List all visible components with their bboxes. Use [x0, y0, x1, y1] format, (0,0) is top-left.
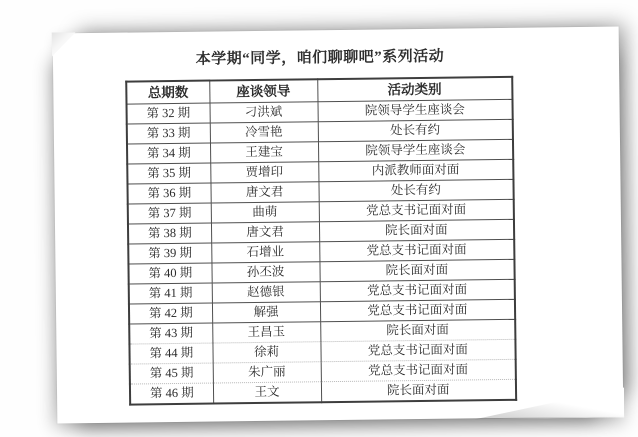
paper-sheet: 本学期“同学，咱们聊聊吧”系列活动 总期数 座谈领导 活动类别 第 32 期 刁…: [53, 27, 624, 424]
cell-activity-category: 处长有约: [318, 119, 513, 141]
cell-issue-number: 第 37 期: [128, 203, 211, 224]
cell-issue-number: 第 42 期: [129, 303, 212, 324]
cell-issue-number: 第 36 期: [127, 183, 210, 204]
cell-discussion-leader: 解强: [212, 302, 320, 323]
cell-activity-category: 党总支书记面对面: [319, 239, 514, 261]
cell-activity-category: 处长有约: [318, 179, 513, 201]
cell-issue-number: 第 44 期: [129, 343, 212, 364]
cell-discussion-leader: 徐莉: [212, 342, 320, 363]
cell-activity-category: 院领导学生座谈会: [318, 139, 513, 161]
cell-issue-number: 第 40 期: [128, 263, 211, 284]
cell-activity-category: 内派教师面对面: [318, 159, 513, 181]
cell-issue-number: 第 35 期: [127, 163, 210, 184]
cell-issue-number: 第 32 期: [127, 103, 210, 124]
cell-issue-number: 第 45 期: [130, 363, 213, 384]
cell-discussion-leader: 冷雪艳: [210, 122, 318, 143]
cell-discussion-leader: 唐文君: [210, 182, 318, 203]
cell-discussion-leader: 王昌玉: [212, 322, 320, 343]
cell-activity-category: 院长面对面: [319, 219, 514, 241]
cell-issue-number: 第 33 期: [127, 123, 210, 144]
cell-issue-number: 第 34 期: [127, 143, 210, 164]
cell-activity-category: 院长面对面: [319, 259, 514, 281]
cell-activity-category: 党总支书记面对面: [320, 279, 515, 301]
cell-activity-category: 党总支书记面对面: [321, 359, 516, 381]
cell-discussion-leader: 石增业: [211, 242, 319, 263]
document-title: 本学期“同学，咱们聊聊吧”系列活动: [125, 44, 515, 70]
cell-activity-category: 党总支书记面对面: [320, 299, 515, 321]
cell-activity-category: 党总支书记面对面: [320, 339, 515, 361]
cell-discussion-leader: 刁洪斌: [210, 102, 318, 123]
cell-discussion-leader: 贾增印: [210, 162, 318, 183]
cell-activity-category: 党总支书记面对面: [319, 199, 514, 221]
table-body: 第 32 期 刁洪斌 院领导学生座谈会 第 33 期 冷雪艳 处长有约 第 34…: [127, 99, 517, 404]
cell-discussion-leader: 曲萌: [211, 202, 319, 223]
cell-issue-number: 第 38 期: [128, 223, 211, 244]
cell-activity-category: 院领导学生座谈会: [317, 99, 512, 121]
table-row: 第 46 期 王文 院长面对面: [130, 379, 516, 404]
cell-activity-category: 院长面对面: [320, 319, 515, 341]
column-header-issue-number: 总期数: [126, 81, 209, 105]
cell-issue-number: 第 41 期: [129, 283, 212, 304]
cell-discussion-leader: 唐文君: [211, 222, 319, 243]
column-header-discussion-leader: 座谈领导: [209, 79, 317, 103]
cell-issue-number: 第 46 期: [130, 383, 213, 405]
cell-issue-number: 第 43 期: [129, 323, 212, 344]
cell-discussion-leader: 王建宝: [210, 142, 318, 163]
cell-discussion-leader: 赵德银: [212, 282, 320, 303]
cell-activity-category: 院长面对面: [321, 379, 516, 402]
cell-discussion-leader: 王文: [213, 382, 321, 404]
screenshot-canvas: 本学期“同学，咱们聊聊吧”系列活动 总期数 座谈领导 活动类别 第 32 期 刁…: [0, 0, 638, 437]
column-header-activity-category: 活动类别: [317, 77, 512, 102]
cell-discussion-leader: 朱广丽: [213, 362, 321, 383]
cell-issue-number: 第 39 期: [128, 243, 211, 264]
paper-corner-fold-top-left: [52, 32, 76, 56]
activity-table: 总期数 座谈领导 活动类别 第 32 期 刁洪斌 院领导学生座谈会 第 33 期…: [125, 76, 517, 406]
cell-discussion-leader: 孙丕波: [211, 262, 319, 283]
